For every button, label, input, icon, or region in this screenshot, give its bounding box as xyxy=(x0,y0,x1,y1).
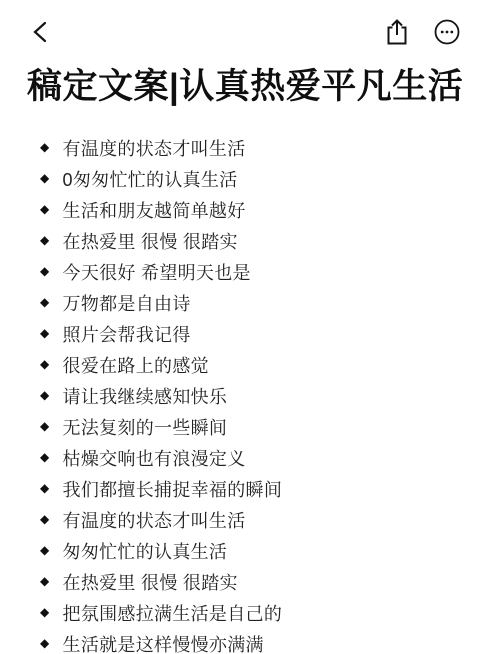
list-item-text: 照片会帮我记得 xyxy=(63,321,191,347)
top-navigation-bar xyxy=(0,0,491,48)
list-item: ◆万物都是自由诗 xyxy=(40,287,463,318)
more-options-button[interactable] xyxy=(433,18,461,46)
list-item-text: 无法复刻的一些瞬间 xyxy=(63,414,228,440)
list-item: ◆请让我继续感知快乐 xyxy=(40,380,463,411)
diamond-bullet-icon: ◆ xyxy=(40,388,50,402)
list-item-text: 在热爱里 很慢 很踏实 xyxy=(63,569,238,595)
chevron-left-icon xyxy=(30,19,52,45)
back-button[interactable] xyxy=(30,19,52,45)
list-item: ◆匆匆忙忙的认真生活 xyxy=(40,535,463,566)
diamond-bullet-icon: ◆ xyxy=(40,543,50,557)
diamond-bullet-icon: ◆ xyxy=(40,481,50,495)
list-item: ◆生活就是这样慢慢亦满满 xyxy=(40,628,463,654)
quote-list: ◆有温度的状态才叫生活◆0匆匆忙忙的认真生活◆生活和朋友越简单越好◆在热爱里 很… xyxy=(40,132,463,654)
diamond-bullet-icon: ◆ xyxy=(40,171,50,185)
diamond-bullet-icon: ◆ xyxy=(40,574,50,588)
diamond-bullet-icon: ◆ xyxy=(40,233,50,247)
list-item-text: 生活和朋友越简单越好 xyxy=(63,197,246,223)
diamond-bullet-icon: ◆ xyxy=(40,450,50,464)
list-item-text: 匆匆忙忙的认真生活 xyxy=(63,538,228,564)
list-item-text: 今天很好 希望明天也是 xyxy=(63,259,251,285)
list-item-text: 请让我继续感知快乐 xyxy=(63,383,228,409)
diamond-bullet-icon: ◆ xyxy=(40,605,50,619)
diamond-bullet-icon: ◆ xyxy=(40,636,50,650)
list-item-text: 有温度的状态才叫生活 xyxy=(63,507,246,533)
list-item: ◆今天很好 希望明天也是 xyxy=(40,256,463,287)
diamond-bullet-icon: ◆ xyxy=(40,357,50,371)
list-item: ◆在热爱里 很慢 很踏实 xyxy=(40,225,463,256)
diamond-bullet-icon: ◆ xyxy=(40,326,50,340)
page-title: 稿定文案|认真热爱平凡生活 xyxy=(27,66,464,107)
list-item-text: 枯燥交响也有浪漫定义 xyxy=(63,445,246,471)
diamond-bullet-icon: ◆ xyxy=(40,419,50,433)
list-item: ◆无法复刻的一些瞬间 xyxy=(40,411,463,442)
list-item-text: 很爱在路上的感觉 xyxy=(63,352,209,378)
list-item-text: 我们都擅长捕捉幸福的瞬间 xyxy=(63,476,283,502)
list-item: ◆枯燥交响也有浪漫定义 xyxy=(40,442,463,473)
list-item: ◆生活和朋友越简单越好 xyxy=(40,194,463,225)
list-item-text: 万物都是自由诗 xyxy=(63,290,191,316)
diamond-bullet-icon: ◆ xyxy=(40,140,50,154)
share-button[interactable] xyxy=(384,18,410,47)
list-item: ◆0匆匆忙忙的认真生活 xyxy=(40,163,463,194)
list-item: ◆很爱在路上的感觉 xyxy=(40,349,463,380)
diamond-bullet-icon: ◆ xyxy=(40,264,50,278)
list-item: ◆我们都擅长捕捉幸福的瞬间 xyxy=(40,473,463,504)
list-item-text: 在热爱里 很慢 很踏实 xyxy=(63,228,238,254)
ellipsis-circle-icon xyxy=(433,18,461,46)
topbar-actions xyxy=(384,18,461,47)
diamond-bullet-icon: ◆ xyxy=(40,295,50,309)
diamond-bullet-icon: ◆ xyxy=(40,512,50,526)
list-item: ◆把氛围感拉满生活是自己的 xyxy=(40,597,463,628)
list-item: ◆有温度的状态才叫生活 xyxy=(40,132,463,163)
list-item-text: 生活就是这样慢慢亦满满 xyxy=(63,631,264,654)
share-icon xyxy=(384,18,410,47)
list-item-text: 把氛围感拉满生活是自己的 xyxy=(63,600,283,626)
list-item: ◆有温度的状态才叫生活 xyxy=(40,504,463,535)
list-item: ◆在热爱里 很慢 很踏实 xyxy=(40,566,463,597)
list-item: ◆照片会帮我记得 xyxy=(40,318,463,349)
diamond-bullet-icon: ◆ xyxy=(40,202,50,216)
list-item-text: 0匆匆忙忙的认真生活 xyxy=(63,166,238,192)
list-item-text: 有温度的状态才叫生活 xyxy=(63,135,246,161)
